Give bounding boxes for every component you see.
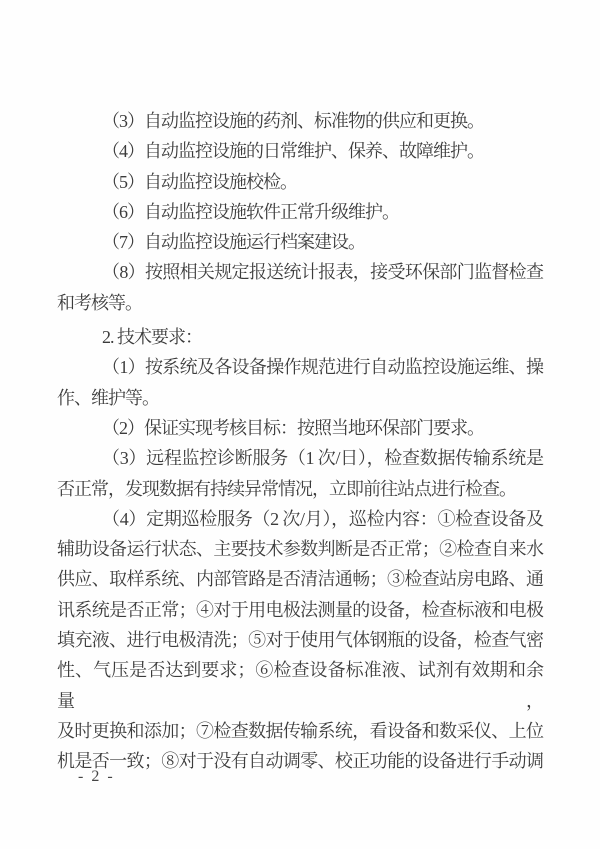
document-line: （3）远程监控诊断服务（1 次/日），检查数据传输系统是 [57, 443, 543, 473]
document-line: 供应、取样系统、内部管路是否清洁通畅；③检查站房电路、通 [57, 564, 543, 594]
document-line: 性、气压是否达到要求；⑥检查设备标准液、试剂有效期和余量， [57, 655, 543, 716]
document-line: 否正常，发现数据有持续异常情况，立即前往站点进行检查。 [57, 474, 543, 504]
page-number: - 2 - [78, 768, 115, 786]
document-line: （7）自动监控设施运行档案建设。 [57, 227, 543, 257]
document-line: （2）保证实现考核目标：按照当地环保部门要求。 [57, 413, 543, 443]
document-line: 机是否一致；⑧对于没有自动调零、校正功能的设备进行手动调 [57, 746, 543, 776]
document-line: （4）自动监控设施的日常维护、保养、故障维护。 [57, 136, 543, 166]
document-line: 及时更换和添加；⑦检查数据传输系统，看设备和数采仪、上位 [57, 716, 543, 746]
document-line: （6）自动监控设施软件正常升级维护。 [57, 197, 543, 227]
document-line: （8）按照相关规定报送统计报表，接受环保部门监督检查 [57, 257, 543, 287]
document-line: （3）自动监控设施的药剂、标准物的供应和更换。 [57, 106, 543, 136]
document-line: 填充液、进行电极清洗；⑤对于使用气体钢瓶的设备，检查气密 [57, 625, 543, 655]
document-line: 和考核等。 [57, 288, 543, 318]
document-line: 作、维护等。 [57, 383, 543, 413]
document-body: （3）自动监控设施的药剂、标准物的供应和更换。 （4）自动监控设施的日常维护、保… [57, 106, 543, 777]
document-line: 辅助设备运行状态、主要技术参数判断是否正常；②检查自来水 [57, 534, 543, 564]
document-line: （5）自动监控设施校检。 [57, 167, 543, 197]
document-line: （1）按系统及各设备操作规范进行自动监控设施运维、操 [57, 352, 543, 382]
document-line: （4）定期巡检服务（2 次/月），巡检内容：①检查设备及 [57, 504, 543, 534]
section-heading: 2. 技术要求： [57, 322, 543, 352]
document-line: 讯系统是否正常；④对于用电极法测量的设备，检查标液和电极 [57, 595, 543, 625]
document-page: （3）自动监控设施的药剂、标准物的供应和更换。 （4）自动监控设施的日常维护、保… [0, 0, 600, 849]
